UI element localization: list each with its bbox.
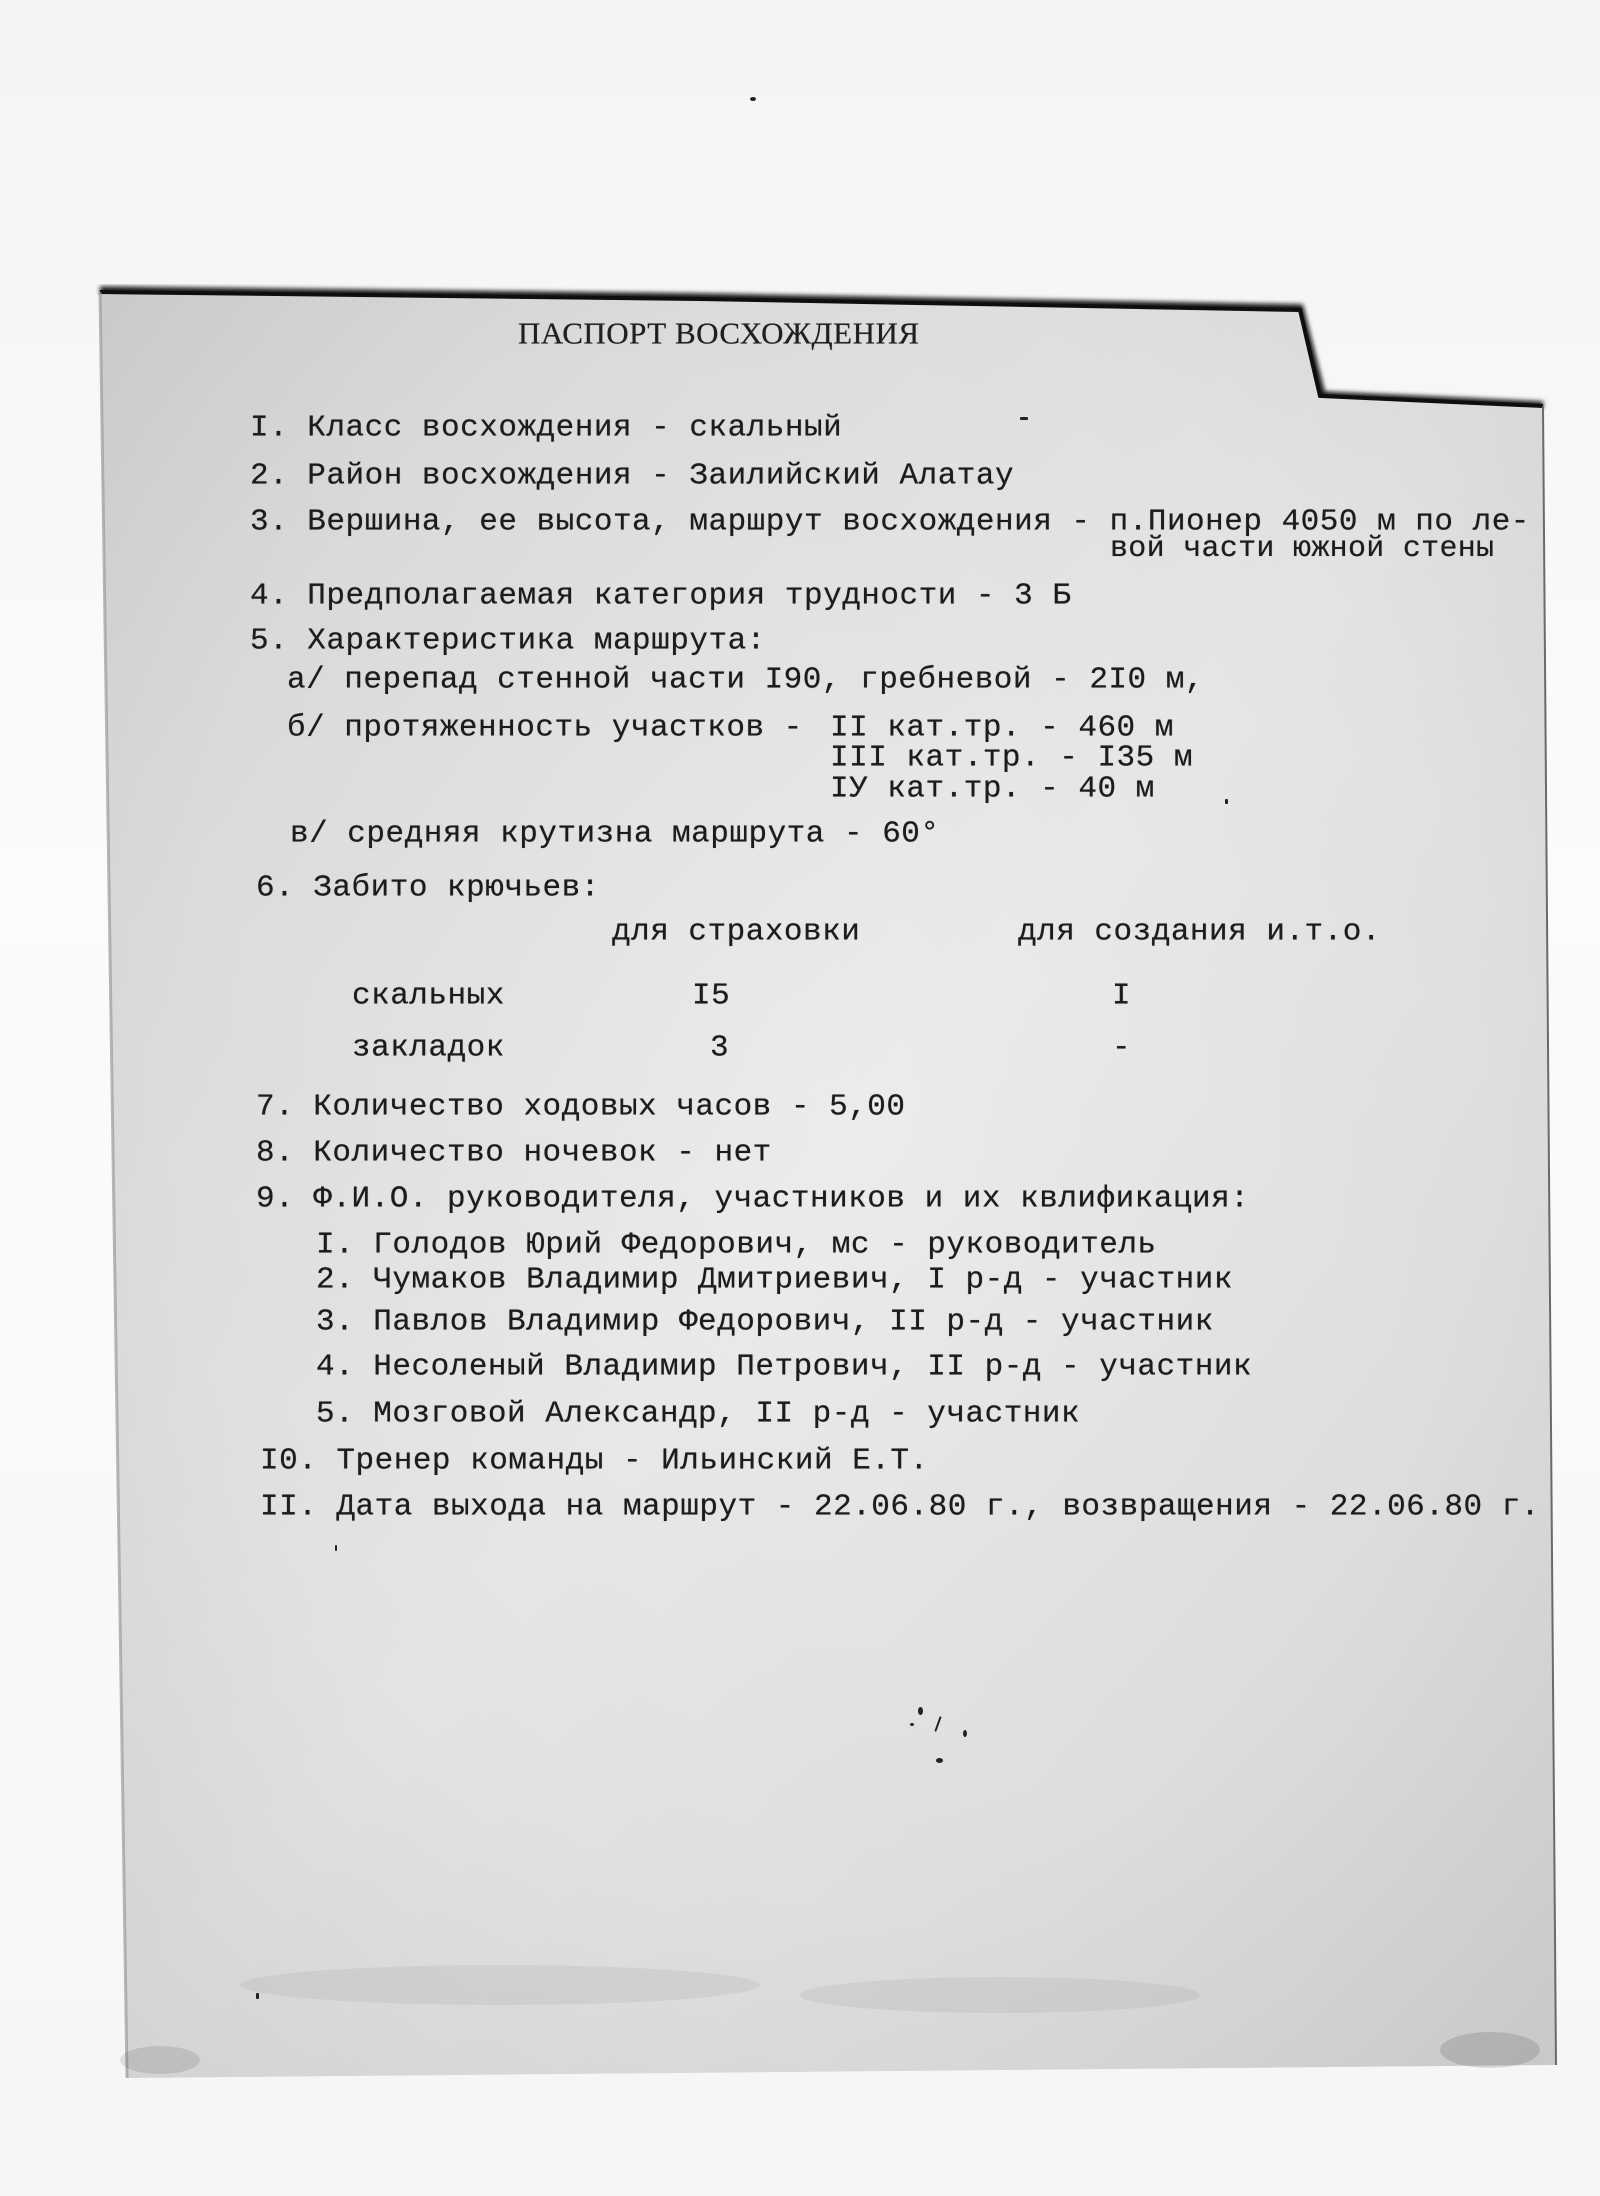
item-11-dates: II. Дата выхода на маршрут - 22.06.80 г.… — [260, 1492, 1540, 1523]
item-1-ascent-class: I. Класс восхождения - скальный — [250, 413, 842, 444]
ink-speck — [963, 1730, 967, 1737]
ink-speck — [1020, 417, 1028, 420]
item-6-pitons-driven: 6. Забито крючьев: — [256, 873, 600, 904]
team-member-3: 3. Павлов Владимир Федорович, II р-д - у… — [316, 1307, 1214, 1338]
item-2-region: 2. Район восхождения - Заилийский Алатау — [250, 461, 1014, 492]
item-4-difficulty-category: 4. Предполагаемая категория трудности - … — [250, 581, 1071, 612]
ink-speck — [335, 1545, 337, 1551]
item-7-walking-hours: 7. Количество ходовых часов - 5,00 — [256, 1092, 906, 1123]
item-8-bivouacs: 8. Количество ночевок - нет — [256, 1138, 772, 1169]
ink-speck — [910, 1723, 914, 1726]
item-5a-elevation-gain: а/ перепад стенной части I90, гребневой … — [287, 665, 1204, 696]
item-5b-row-cat4: IУ кат.тр. - 40 м — [830, 774, 1155, 805]
item-5b-section-length-label: б/ протяженность участков - — [287, 713, 803, 744]
table-cell-rock-belay: I5 — [692, 981, 730, 1012]
item-10-team-coach: I0. Тренер команды - Ильинский Е.Т. — [260, 1446, 929, 1477]
table-row-label-rock: скальных — [352, 981, 505, 1012]
team-member-4: 4. Несоленый Владимир Петрович, II р-д -… — [316, 1352, 1252, 1383]
table-cell-chocks-ito: - — [1112, 1033, 1131, 1064]
item-5v-average-steepness: в/ средняя крутизна маршрута - 60° — [290, 819, 940, 850]
table-cell-chocks-belay: 3 — [710, 1033, 729, 1064]
ink-speck — [918, 1707, 923, 1715]
table-cell-rock-ito: I — [1112, 981, 1131, 1012]
team-member-5: 5. Мозговой Александр, II р-д - участник — [316, 1399, 1080, 1430]
item-3-peak-route-continued: вой части южной стены — [1110, 534, 1494, 564]
ink-speck — [750, 97, 756, 101]
team-member-2: 2. Чумаков Владимир Дмитриевич, I р-д - … — [316, 1265, 1233, 1296]
item-5b-row-cat2: II кат.тр. - 460 м — [830, 713, 1174, 744]
item-9-team-members-heading: 9. Ф.И.О. руководителя, участников и их … — [256, 1184, 1249, 1215]
ink-speck — [936, 1758, 943, 1763]
item-5-route-characteristics: 5. Характеристика маршрута: — [250, 626, 766, 657]
team-member-1: I. Голодов Юрий Федорович, мс - руководи… — [316, 1230, 1157, 1261]
table-row-label-chocks: закладок — [352, 1033, 505, 1064]
item-5b-row-cat3: III кат.тр. - I35 м — [830, 743, 1193, 774]
ink-speck — [1225, 799, 1228, 804]
table-header-belay: для страховки — [612, 917, 860, 948]
ink-speck — [256, 1993, 259, 1999]
table-header-ito: для создания и.т.о. — [1018, 917, 1381, 948]
document-title: ПАСПОРТ ВОСХОЖДЕНИЯ — [518, 318, 920, 349]
